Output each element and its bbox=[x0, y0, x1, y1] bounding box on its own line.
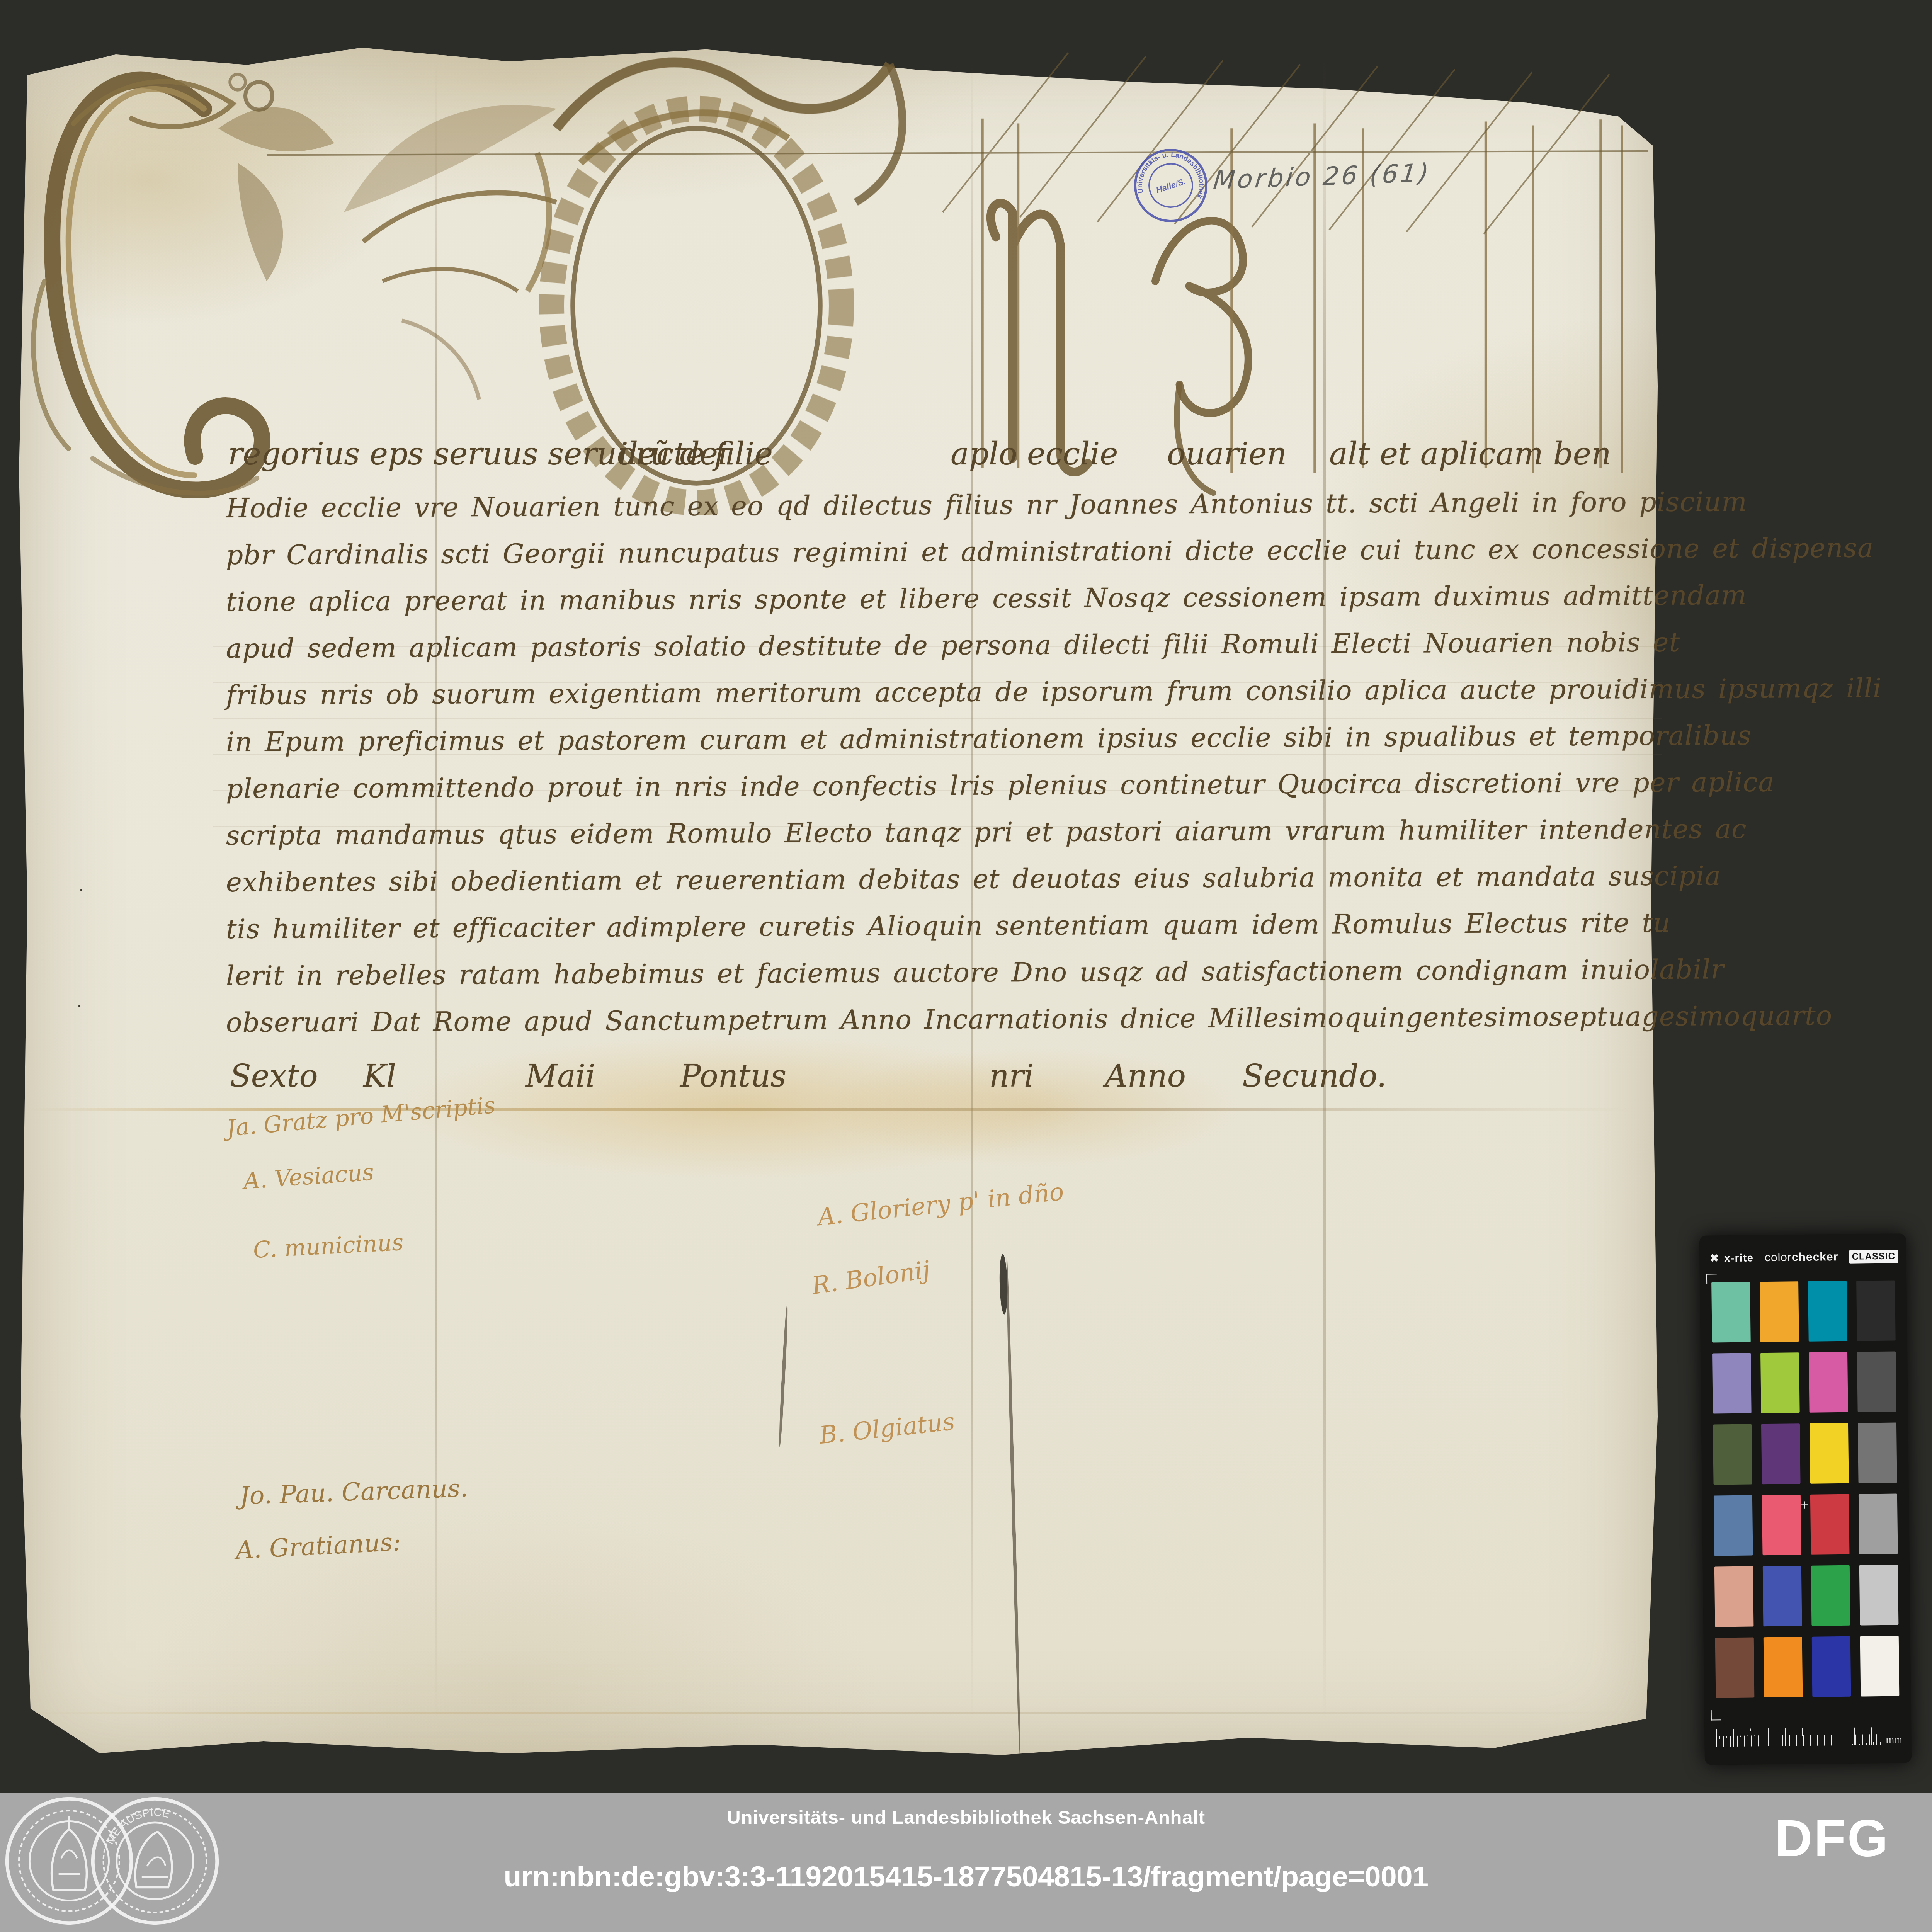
crop-mark-icon bbox=[1711, 1710, 1721, 1720]
dateline-word: Kl bbox=[363, 1058, 396, 1094]
colorchecker-patch-grid bbox=[1711, 1280, 1899, 1698]
ruler-ticks bbox=[1716, 1727, 1882, 1747]
color-patch bbox=[1762, 1495, 1801, 1556]
manuscript-line: tis humiliter et efficaciter adimplere c… bbox=[226, 907, 1654, 944]
color-patch bbox=[1715, 1637, 1755, 1698]
color-patch bbox=[1859, 1493, 1898, 1554]
color-patch bbox=[1713, 1424, 1752, 1485]
dateline-word: Pontus bbox=[680, 1058, 786, 1094]
dateline-word: Secundo. bbox=[1242, 1058, 1386, 1094]
manuscript-line: exhibentes sibi obedientiam et reuerenti… bbox=[226, 861, 1654, 898]
color-patch bbox=[1810, 1494, 1850, 1555]
colorchecker-title-bold: checker bbox=[1792, 1250, 1838, 1264]
manuscript-line1-segment: alt et aplicam ben bbox=[1329, 436, 1611, 472]
manuscript-line: scripta mandamus qtus eidem Romulo Elect… bbox=[226, 814, 1654, 851]
stamp-center-text: Halle/S. bbox=[1155, 176, 1187, 195]
parchment-hole bbox=[78, 1005, 80, 1007]
dateline-word: Maii bbox=[526, 1058, 595, 1094]
color-patch bbox=[1760, 1281, 1799, 1342]
xrite-x-icon: ✖ bbox=[1710, 1252, 1719, 1264]
color-patch bbox=[1761, 1423, 1801, 1485]
manuscript-line1-segment: aplo ecclie bbox=[951, 436, 1118, 472]
digitized-document-page: Universitäts- u. Landesbibliothek Halle/… bbox=[0, 0, 1932, 1932]
color-patch bbox=[1859, 1565, 1899, 1626]
xrite-logo: ✖ x-rite bbox=[1710, 1252, 1754, 1264]
colorchecker-classic-badge: CLASSIC bbox=[1849, 1250, 1898, 1263]
manuscript-line: apud sedem aplicam pastoris solatio dest… bbox=[226, 627, 1654, 664]
dateline-word: Sexto bbox=[230, 1058, 318, 1094]
colorchecker-card: ✖ x-rite colorchecker CLASSIC + mm bbox=[1699, 1233, 1912, 1765]
fold-crease-horizontal bbox=[29, 1712, 1633, 1714]
dateline-word: Anno bbox=[1105, 1058, 1186, 1094]
colorchecker-header: ✖ x-rite colorchecker CLASSIC bbox=[1710, 1245, 1898, 1270]
manuscript-line: lerit in rebelles ratam habebimus et fac… bbox=[226, 954, 1654, 991]
manuscript-line1-segment: ouarien bbox=[1167, 436, 1287, 472]
color-patch bbox=[1812, 1636, 1851, 1697]
color-patch bbox=[1764, 1637, 1803, 1698]
footer-urn: urn:nbn:de:gbv:3:3-1192015415-1877504815… bbox=[0, 1860, 1932, 1893]
footer-institution-name: Universitäts- und Landesbibliothek Sachs… bbox=[0, 1807, 1932, 1828]
center-cross-icon: + bbox=[1800, 1497, 1809, 1513]
colorchecker-title-regular: color bbox=[1765, 1251, 1792, 1264]
color-patch bbox=[1809, 1352, 1848, 1413]
color-patch bbox=[1712, 1353, 1752, 1414]
dateline-word: nri bbox=[989, 1058, 1034, 1094]
color-patch bbox=[1860, 1636, 1900, 1697]
color-patch bbox=[1810, 1423, 1849, 1484]
manuscript-line1-segment: ilecte filie bbox=[618, 436, 773, 472]
colorchecker-title: colorchecker bbox=[1765, 1250, 1838, 1264]
xrite-brand-label: x-rite bbox=[1724, 1252, 1754, 1264]
color-patch bbox=[1858, 1422, 1897, 1483]
ruling-lines bbox=[213, 431, 1662, 1097]
ruler-unit-label: mm bbox=[1886, 1735, 1902, 1745]
manuscript-line: pbr Cardinalis scti Georgii nuncupatus r… bbox=[226, 533, 1654, 570]
color-patch bbox=[1763, 1566, 1802, 1627]
footer-bar: ME AUSPICE Universitäts- und Landesbibli… bbox=[0, 1793, 1932, 1932]
color-patch bbox=[1857, 1351, 1896, 1412]
manuscript-line: in Epum preficimus et pastorem curam et … bbox=[226, 720, 1654, 757]
color-patch bbox=[1760, 1352, 1800, 1413]
manuscript-line: tione aplica preerat in manibus nris spo… bbox=[226, 580, 1654, 617]
color-patch bbox=[1714, 1566, 1754, 1627]
color-patch bbox=[1856, 1280, 1896, 1341]
dfg-logo: DFG bbox=[1775, 1812, 1889, 1864]
color-patch bbox=[1711, 1282, 1751, 1343]
fold-crease-horizontal bbox=[29, 1108, 1633, 1111]
manuscript-line: Hodie ecclie vre Nouarien tunc ex eo qd … bbox=[226, 486, 1654, 524]
manuscript-line: plenarie committendo prout in nris inde … bbox=[226, 767, 1654, 804]
colorchecker-ruler: mm bbox=[1716, 1727, 1902, 1747]
color-patch bbox=[1808, 1281, 1847, 1342]
manuscript-line: obseruari Dat Rome apud Sanctumpetrum An… bbox=[226, 1001, 1654, 1038]
manuscript-line: fribus nris ob suorum exigentiam meritor… bbox=[226, 673, 1654, 711]
color-patch bbox=[1714, 1495, 1753, 1556]
color-patch bbox=[1811, 1565, 1850, 1626]
parchment-hole bbox=[80, 889, 82, 891]
